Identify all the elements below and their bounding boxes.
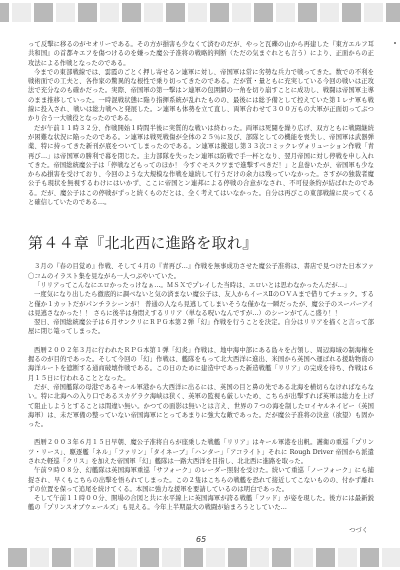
paragraph: 今までの東部戦線では、雲霞のごとく押し寄せるン連軍に対し、帝国軍は常に劣勢な兵力… (28, 68, 374, 124)
strip-square (250, 548, 269, 567)
strip-square (184, 548, 203, 567)
strip-square (320, 3, 339, 22)
margin-mark (394, 42, 396, 44)
strip-square (12, 3, 31, 22)
paragraph: ３月の『春の目覚め』作戦、そして４月の『青再び…』作戦を無事成功させた魔公子准将… (28, 262, 374, 281)
paragraph: 翌日、帝国総統魔公子は６月サンクリにＲＰＧ本第２弾「幻」作戦を行うことを決定。自… (28, 318, 374, 337)
strip-square (118, 548, 137, 567)
paragraph: そして午前１１時００分、開場の合図と共に水平線上に英国海軍が誇る戦艦「フッド」が… (28, 494, 374, 513)
strip-square (360, 548, 379, 567)
strip-square (78, 3, 97, 22)
strip-square (272, 548, 291, 567)
strip-square (298, 3, 317, 22)
paragraph: 一度気になり出したら徹底的に調べないと気の済まない魔公子は、友人からイースⅡのＯ… (28, 290, 374, 318)
strip-square (34, 3, 53, 22)
strip-square (276, 3, 295, 22)
paragraph: だが午前１１時３２分、作戦開始１時間半後に実質的な戦いは終わった。両軍は死闘を繰… (28, 124, 374, 208)
strip-square (364, 3, 383, 22)
strip-square (0, 3, 9, 22)
paragraph: 「リリアってこんなにエロかったっけなぁ…。ＭＳＸでプレイした当時は、エロいとは思… (28, 281, 374, 290)
strip-square (254, 3, 273, 22)
decorative-top-strip (0, 3, 390, 22)
strip-square (228, 548, 247, 567)
paragraph: だが、帝国艦隊の母港であるキール軍港から大西洋に出るには、英国の目と鼻の先である… (28, 383, 374, 429)
spacer (28, 207, 374, 233)
strip-square (52, 548, 71, 567)
strip-square (30, 548, 49, 567)
paragraph: って反撃に移るのがセオリーである。その方が損害も少なくて済むのだが、やっと瓦礫の… (28, 40, 374, 68)
strip-square (100, 3, 119, 22)
decorative-bottom-strip (8, 548, 400, 567)
spacer (28, 429, 374, 438)
strip-square (56, 3, 75, 22)
strip-square (382, 548, 400, 567)
strip-square (144, 3, 163, 22)
strip-square (74, 548, 93, 567)
strip-square (122, 3, 141, 22)
chapter-title: 第４４章『北北西に進路を取れ』 (28, 233, 374, 253)
strip-square (338, 548, 357, 567)
strip-square (188, 3, 207, 22)
spacer (28, 337, 374, 346)
strip-square (206, 548, 225, 567)
page-number: 65 (196, 535, 206, 544)
paragraph: 西暦２００２年３月に行われたＲＰＧ本第１弾「幻炎」作戦は、地中海中部にある島々を… (28, 346, 374, 383)
strip-square (140, 548, 159, 567)
strip-square (316, 548, 335, 567)
strip-square (294, 548, 313, 567)
strip-square (8, 548, 27, 567)
strip-square (232, 3, 251, 22)
strip-square (96, 548, 115, 567)
strip-square (342, 3, 361, 22)
strip-square (166, 3, 185, 22)
continued-label: つづく (28, 525, 368, 534)
strip-square (162, 548, 181, 567)
strip-square (386, 3, 400, 22)
page-body: って反撃に移るのがセオリーである。その方が損害も少なくて済むのだが、やっと瓦礫の… (28, 40, 374, 534)
paragraph: 午前９時０８分、幻艦隊は英国海軍重巡「サフォーク」のレーダー照射を受けた。続いて… (28, 466, 374, 494)
paragraph: 西暦２００３年６月１５日早朝、魔公子准将自らが座乗した戦艦「リリア」はキール軍港… (28, 438, 374, 466)
strip-square (210, 3, 229, 22)
